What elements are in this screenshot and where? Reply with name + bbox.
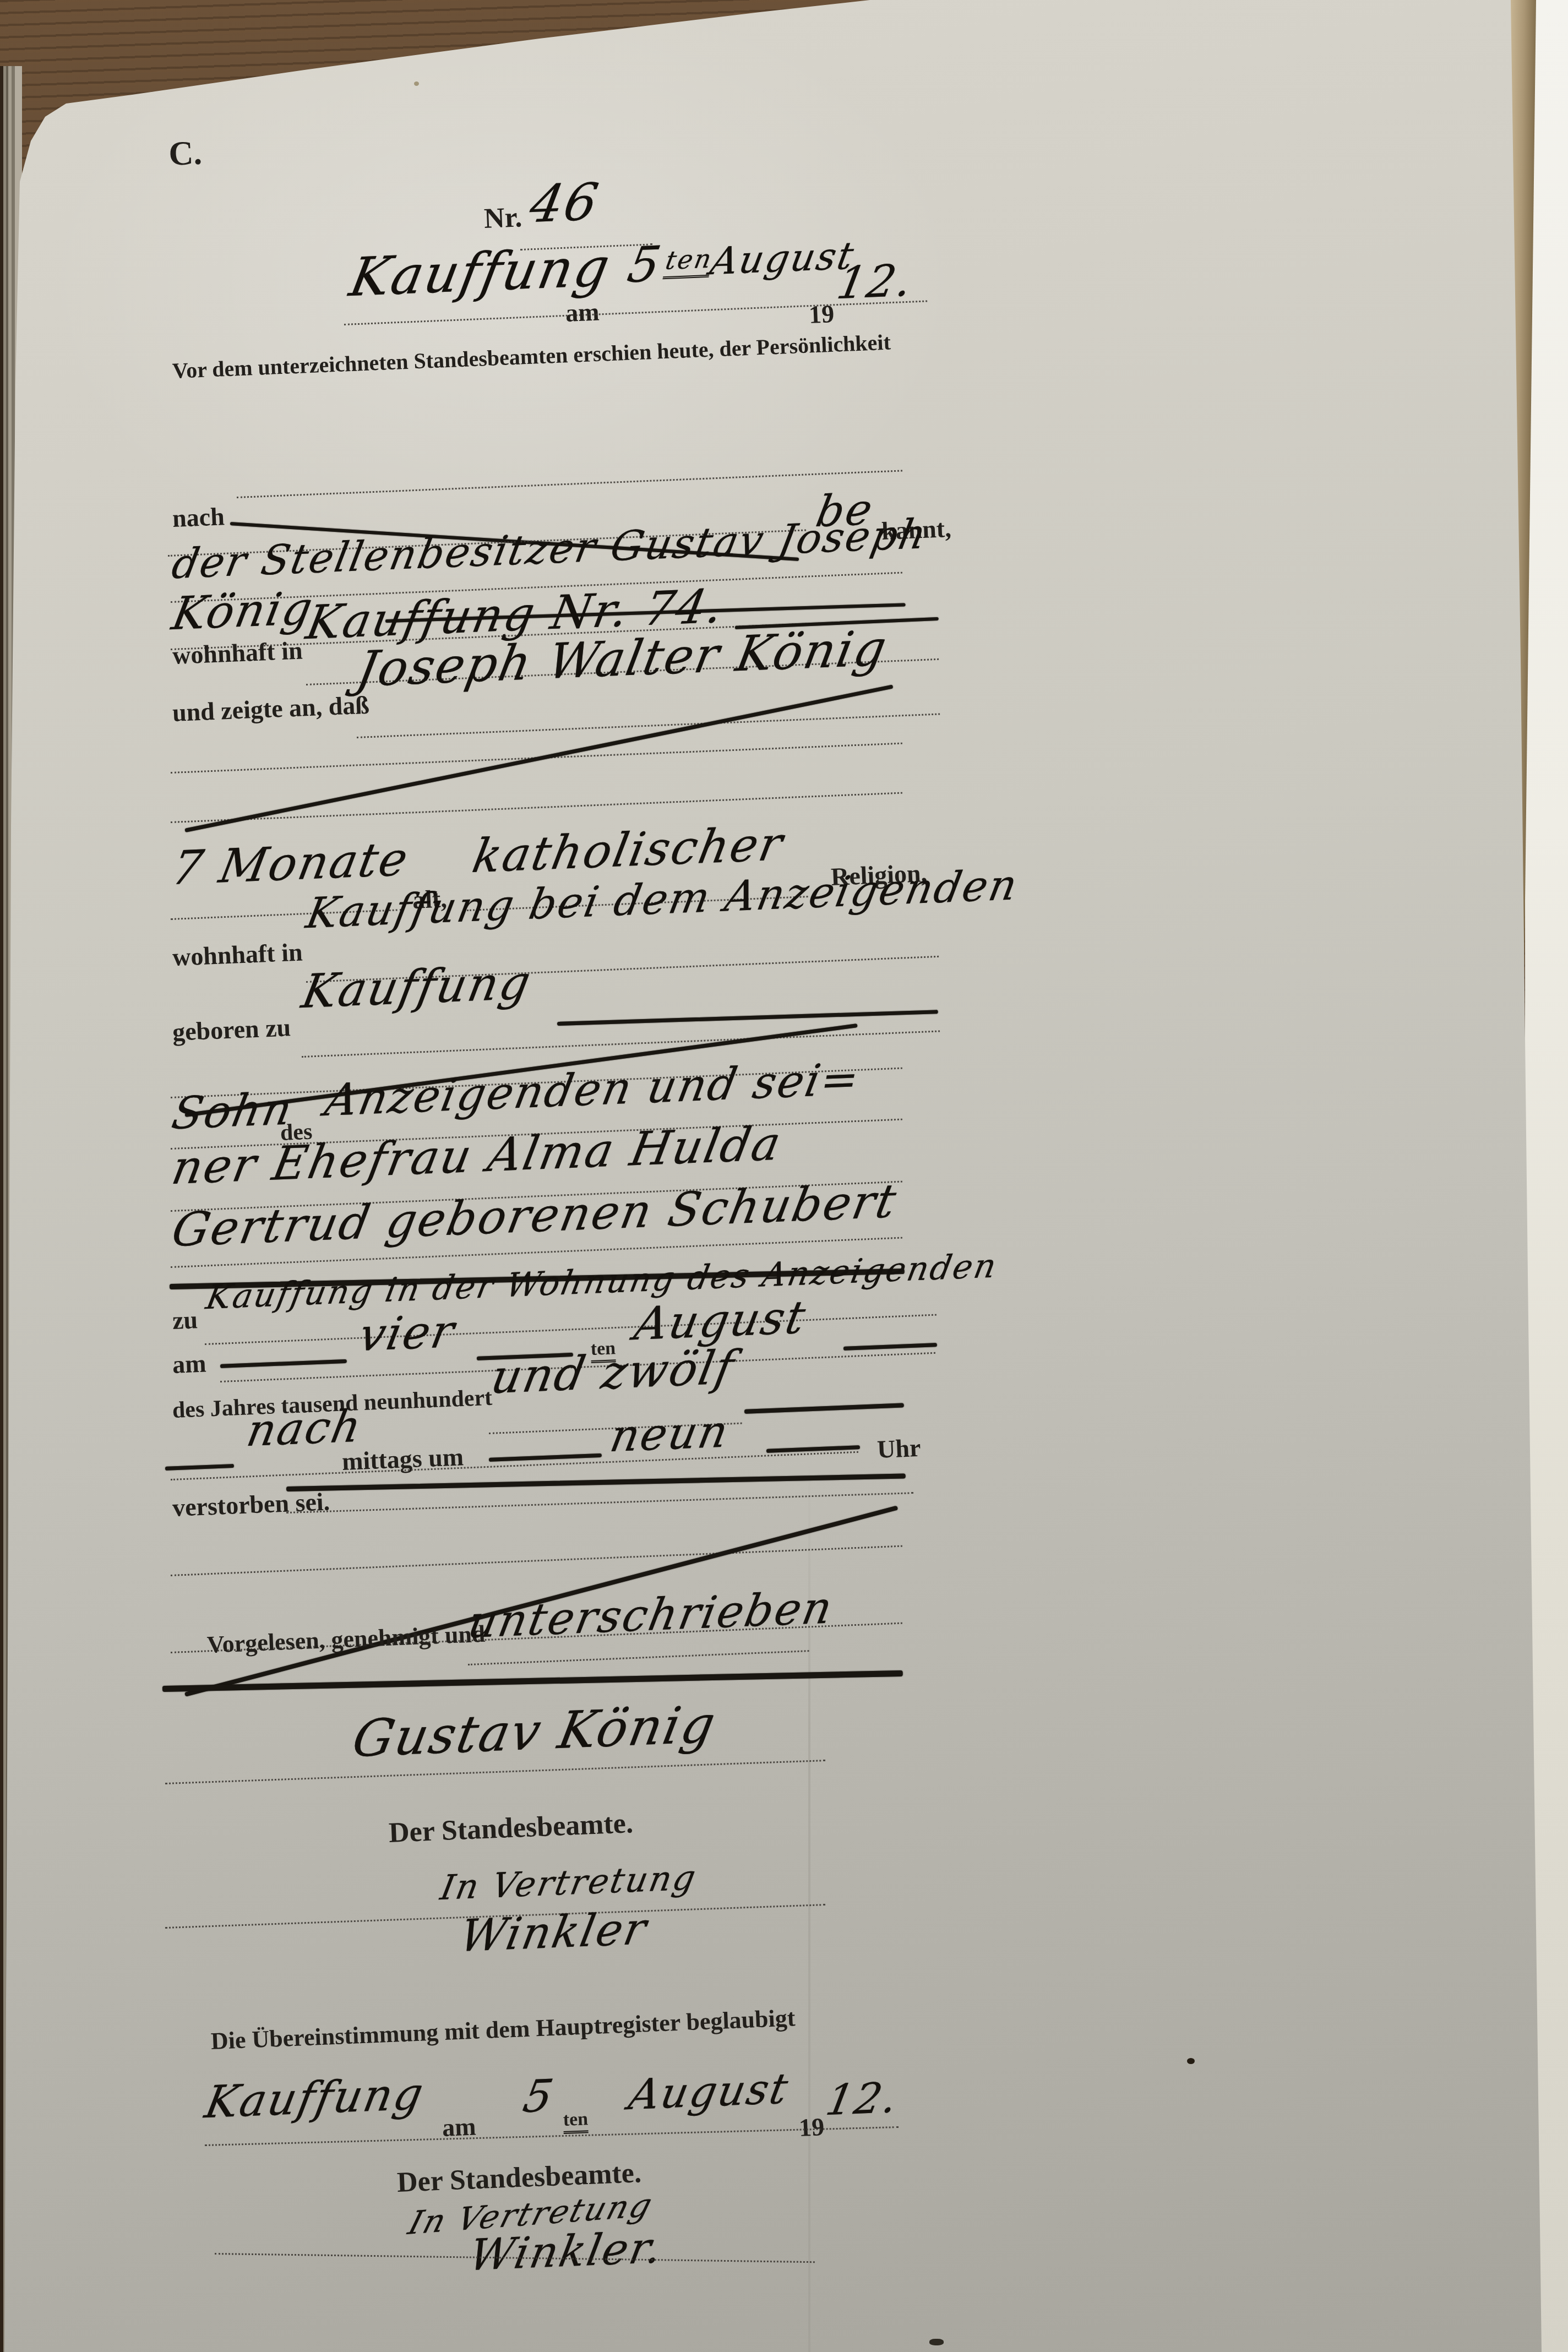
registration-day-suffix: ten (662, 243, 715, 279)
wohnhaft2-label: wohnhaft in (172, 938, 303, 972)
death-am-label: am (172, 1349, 206, 1379)
zu-label: zu (172, 1305, 198, 1335)
nach-label: nach (172, 502, 225, 533)
geboren-label: geboren zu (172, 1012, 291, 1047)
fill-line (286, 1473, 906, 1491)
anzeige-label: und zeigte an, daß (172, 690, 370, 727)
uhr-label: Uhr (876, 1433, 921, 1464)
death-year-handwritten: und zwölf (487, 1340, 740, 1404)
cert-place: Kauffung (201, 2068, 429, 2128)
cert-year-printed: 19 (798, 2112, 825, 2142)
intro-line: Vor dem unterzeichneten Standesbeamten e… (172, 329, 891, 384)
declarant-line2: König (168, 582, 318, 640)
wohnhaft-label: wohnhaft in (172, 636, 303, 670)
declarant-signature: Gustav König (348, 1695, 721, 1768)
year-printed: 19 (808, 299, 835, 329)
paper-stain (414, 81, 419, 86)
fill-line (489, 1453, 602, 1462)
am-label: am (565, 297, 600, 328)
ink-speck (1187, 2058, 1195, 2064)
cert-month: August (625, 2064, 793, 2119)
verstorben-label: verstorben sei. (172, 1487, 330, 1522)
registrar-signature-2: Winkler. (465, 2223, 667, 2281)
certification-line: Die Übereinstimmung mit dem Hauptregiste… (210, 2003, 796, 2055)
cutoff-print-mark (929, 2339, 944, 2345)
registration-month: August (707, 234, 858, 284)
fill-line (220, 1359, 347, 1368)
registration-day: 5 (623, 235, 667, 293)
fill-line (744, 1403, 904, 1414)
death-place: Kauffung in der Wohnung des Anzeigenden (203, 1246, 1001, 1317)
cert-ten-label: ten (563, 2109, 589, 2134)
sohn-handwritten: Sohn (168, 1083, 298, 1140)
in-vertretung: In Vertretung (438, 1857, 701, 1908)
record-number-value: 46 (525, 172, 604, 235)
death-day: vier (355, 1305, 460, 1362)
fill-line (557, 1010, 938, 1026)
birthplace: Kauffung (298, 955, 536, 1019)
cert-day: 5 (519, 2070, 559, 2122)
registrar-signature: Winkler (456, 1903, 652, 1962)
closing-printed: Vorgelesen, genehmigt und (206, 1620, 486, 1659)
cert-year-handwritten: 12. (822, 2072, 903, 2125)
register-page: C. Nr. 46 Kauffung am 5 ten August 19 12… (0, 0, 1568, 2352)
death-hour: neun (606, 1406, 733, 1462)
section-letter: C. (168, 134, 203, 174)
closing-handwritten: unterschrieben (464, 1582, 838, 1648)
registrar-title: Der Standesbeamte. (388, 1807, 634, 1849)
record-number-label: Nr. (483, 201, 522, 235)
fill-line (843, 1343, 937, 1351)
parents-line1: Anzeigenden und sei= (321, 1053, 865, 1126)
fill-line (165, 1464, 234, 1471)
